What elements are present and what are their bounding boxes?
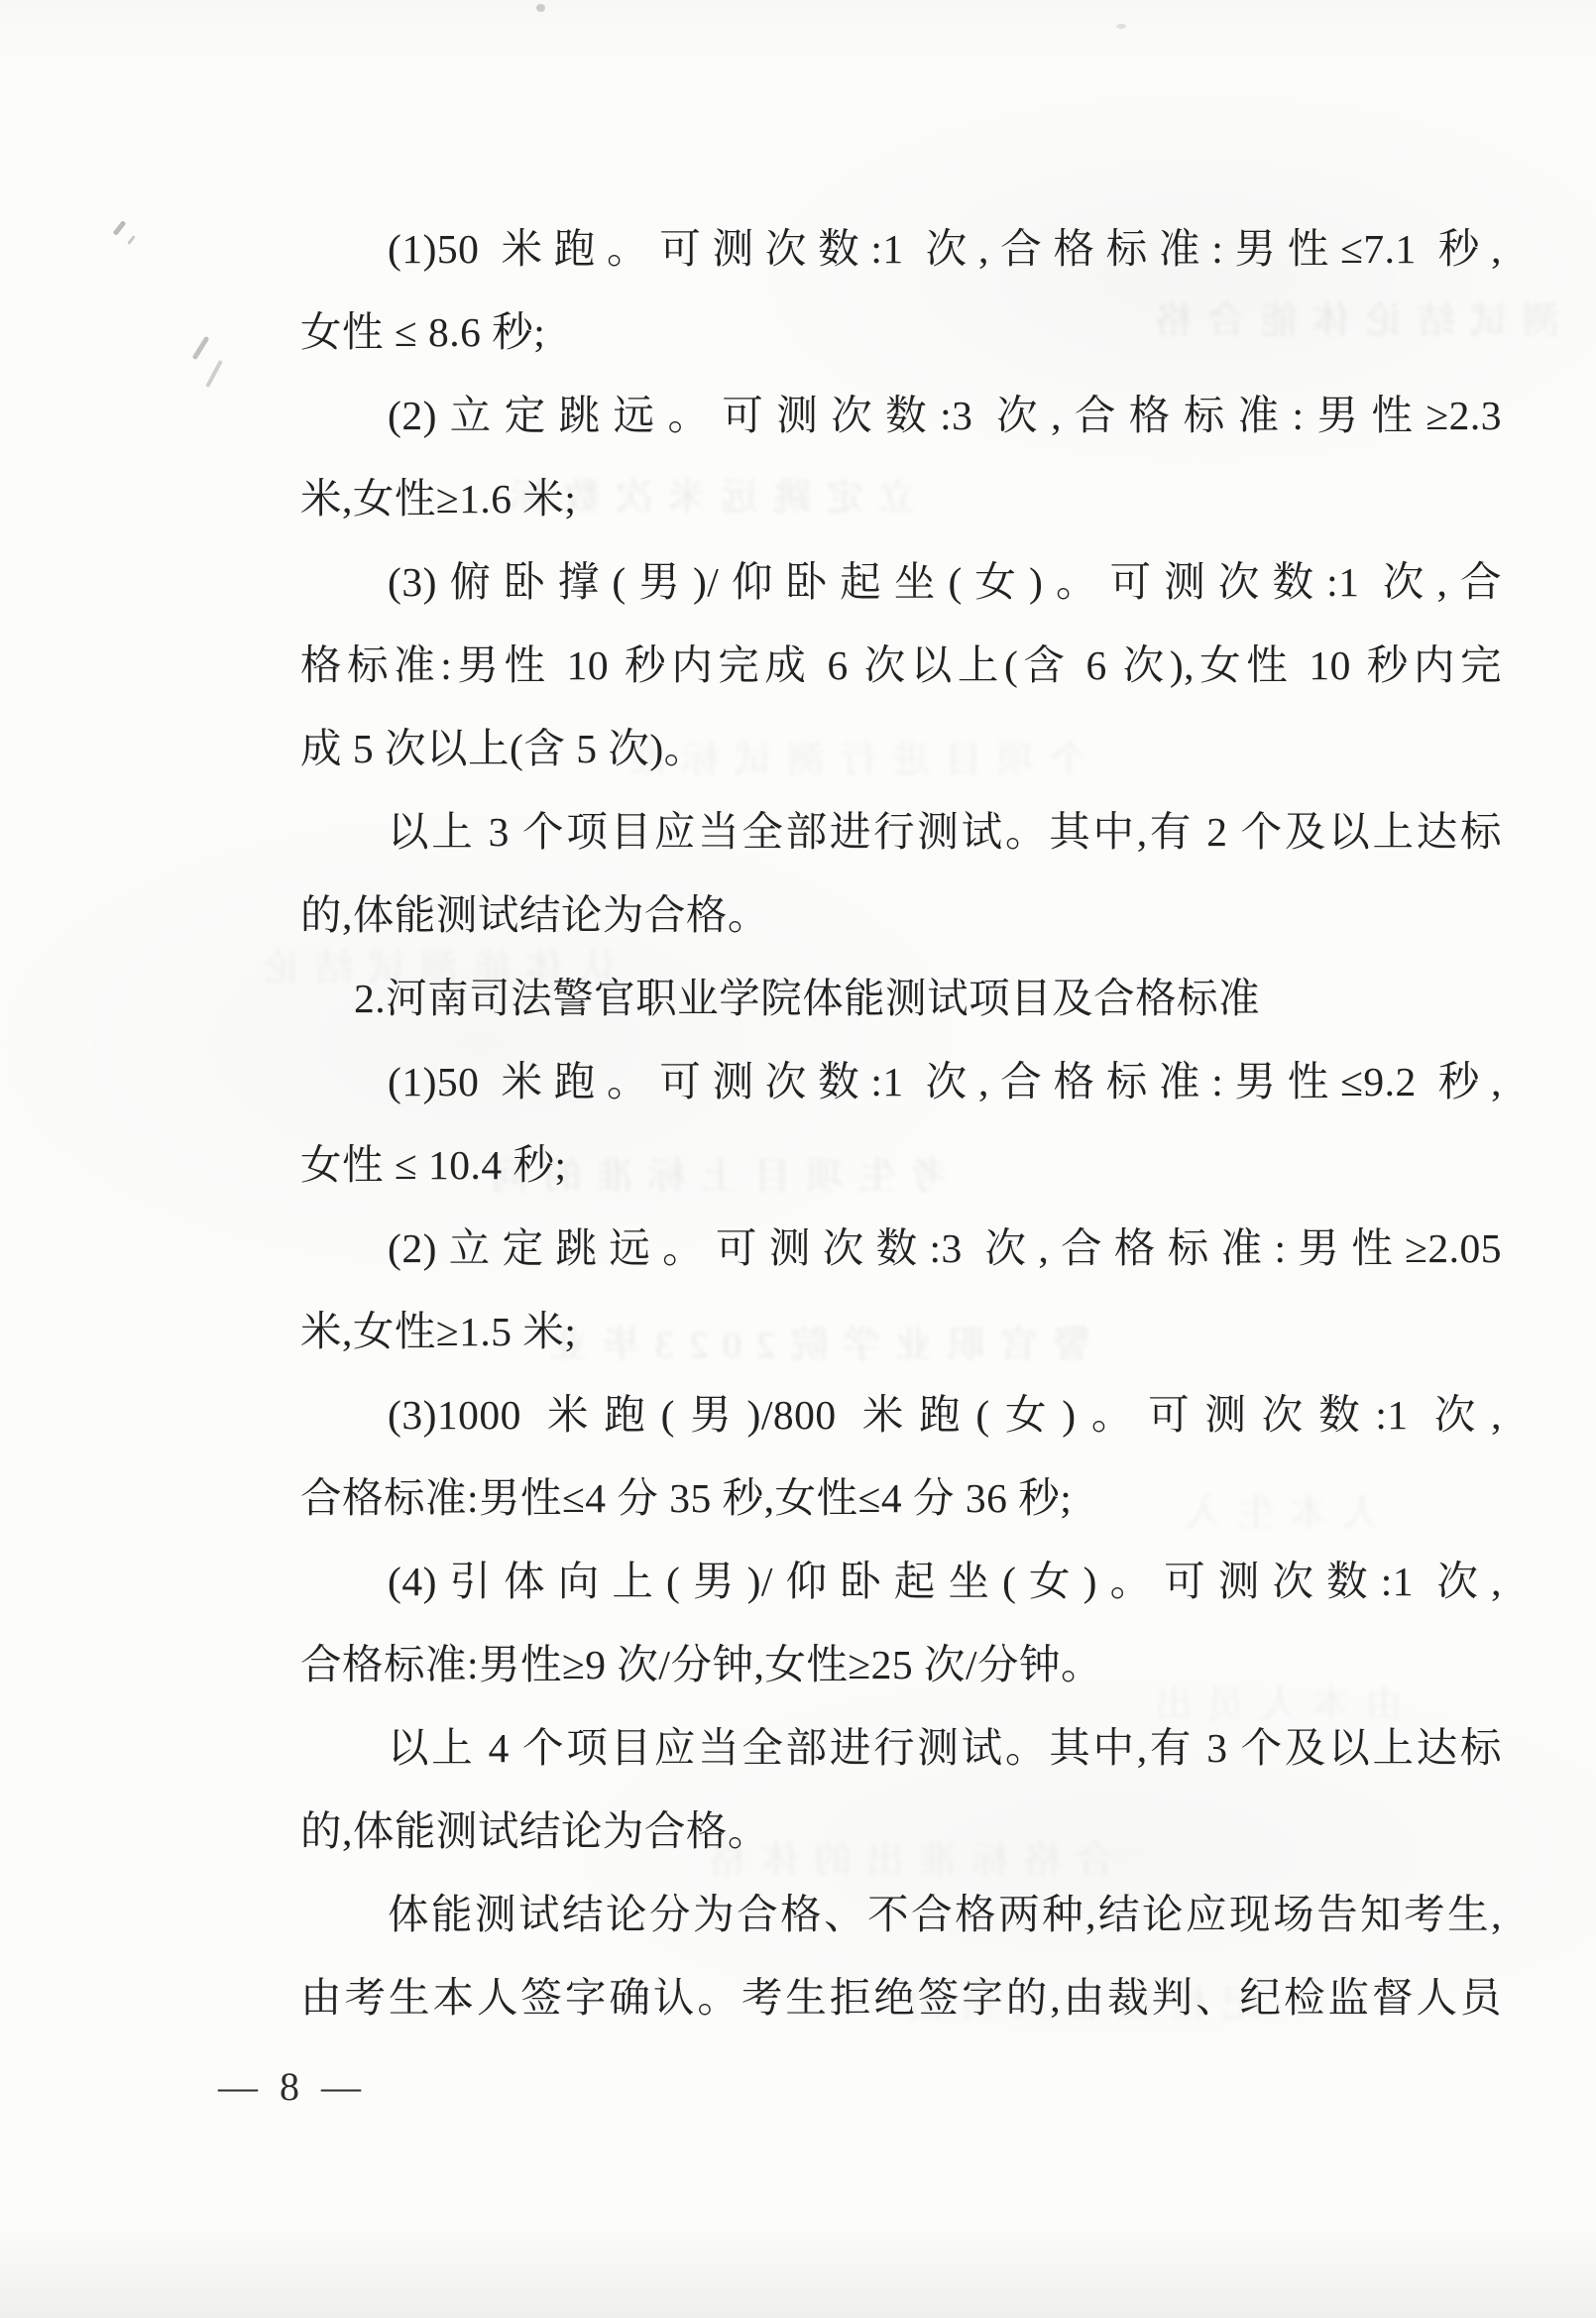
text-line: 由考生本人签字确认。考生拒绝签字的,由裁判、纪检监督人员 bbox=[300, 1956, 1502, 2039]
document-page: { "document": { "lines": [ "(1)50 米跑。可测次… bbox=[0, 0, 1596, 2318]
scan-speck bbox=[536, 4, 545, 12]
page-number: — 8 — bbox=[218, 2064, 367, 2109]
text-line: (1)50 米跑。可测次数:1 次,合格标准:男性≤7.1 秒, bbox=[300, 207, 1502, 290]
text-line: 合格标准:男性≥9 次/分钟,女性≥25 次/分钟。 bbox=[300, 1623, 1502, 1706]
text-line: 米,女性≥1.6 米; bbox=[300, 457, 1502, 540]
text-line: (4)引体向上(男)/仰卧起坐(女)。可测次数:1 次, bbox=[300, 1540, 1502, 1623]
text-line: 以上 4 个项目应当全部进行测试。其中,有 3 个及以上达标 bbox=[300, 1706, 1502, 1790]
text-line: 米,女性≥1.5 米; bbox=[300, 1290, 1502, 1373]
text-line: 合格标准:男性≤4 分 35 秒,女性≤4 分 36 秒; bbox=[300, 1456, 1502, 1540]
pen-mark bbox=[191, 336, 209, 361]
text-line: (1)50 米跑。可测次数:1 次,合格标准:男性≤9.2 秒, bbox=[300, 1040, 1502, 1123]
page-body-text: (1)50 米跑。可测次数:1 次,合格标准:男性≤7.1 秒, 女性 ≤ 8.… bbox=[300, 207, 1502, 2039]
page-footer: — 8 — bbox=[218, 2064, 367, 2110]
pen-mark bbox=[113, 220, 127, 236]
text-line: 女性 ≤ 8.6 秒; bbox=[300, 290, 1502, 374]
text-line: 的,体能测试结论为合格。 bbox=[300, 1790, 1502, 1873]
text-line: 的,体能测试结论为合格。 bbox=[300, 873, 1502, 957]
scan-speck bbox=[1116, 24, 1126, 29]
text-line: 格标准:男性 10 秒内完成 6 次以上(含 6 次),女性 10 秒内完 bbox=[300, 624, 1502, 707]
text-line: 成 5 次以上(含 5 次)。 bbox=[300, 707, 1502, 790]
text-line: 体能测试结论分为合格、不合格两种,结论应现场告知考生, bbox=[300, 1873, 1502, 1956]
text-line: 女性 ≤ 10.4 秒; bbox=[300, 1123, 1502, 1207]
text-line: (2)立定跳远。可测次数:3 次,合格标准:男性≥2.05 bbox=[300, 1207, 1502, 1290]
text-line: 以上 3 个项目应当全部进行测试。其中,有 2 个及以上达标 bbox=[300, 790, 1502, 873]
pen-mark bbox=[205, 360, 223, 388]
text-line: (2)立定跳远。可测次数:3 次,合格标准:男性≥2.3 bbox=[300, 374, 1502, 457]
section-heading: 2.河南司法警官职业学院体能测试项目及合格标准 bbox=[300, 957, 1502, 1040]
text-line: (3)俯卧撑(男)/仰卧起坐(女)。可测次数:1 次,合 bbox=[300, 540, 1502, 624]
pen-mark bbox=[127, 235, 136, 245]
text-line: (3)1000 米跑(男)/800 米跑(女)。可测次数:1 次, bbox=[300, 1373, 1502, 1456]
